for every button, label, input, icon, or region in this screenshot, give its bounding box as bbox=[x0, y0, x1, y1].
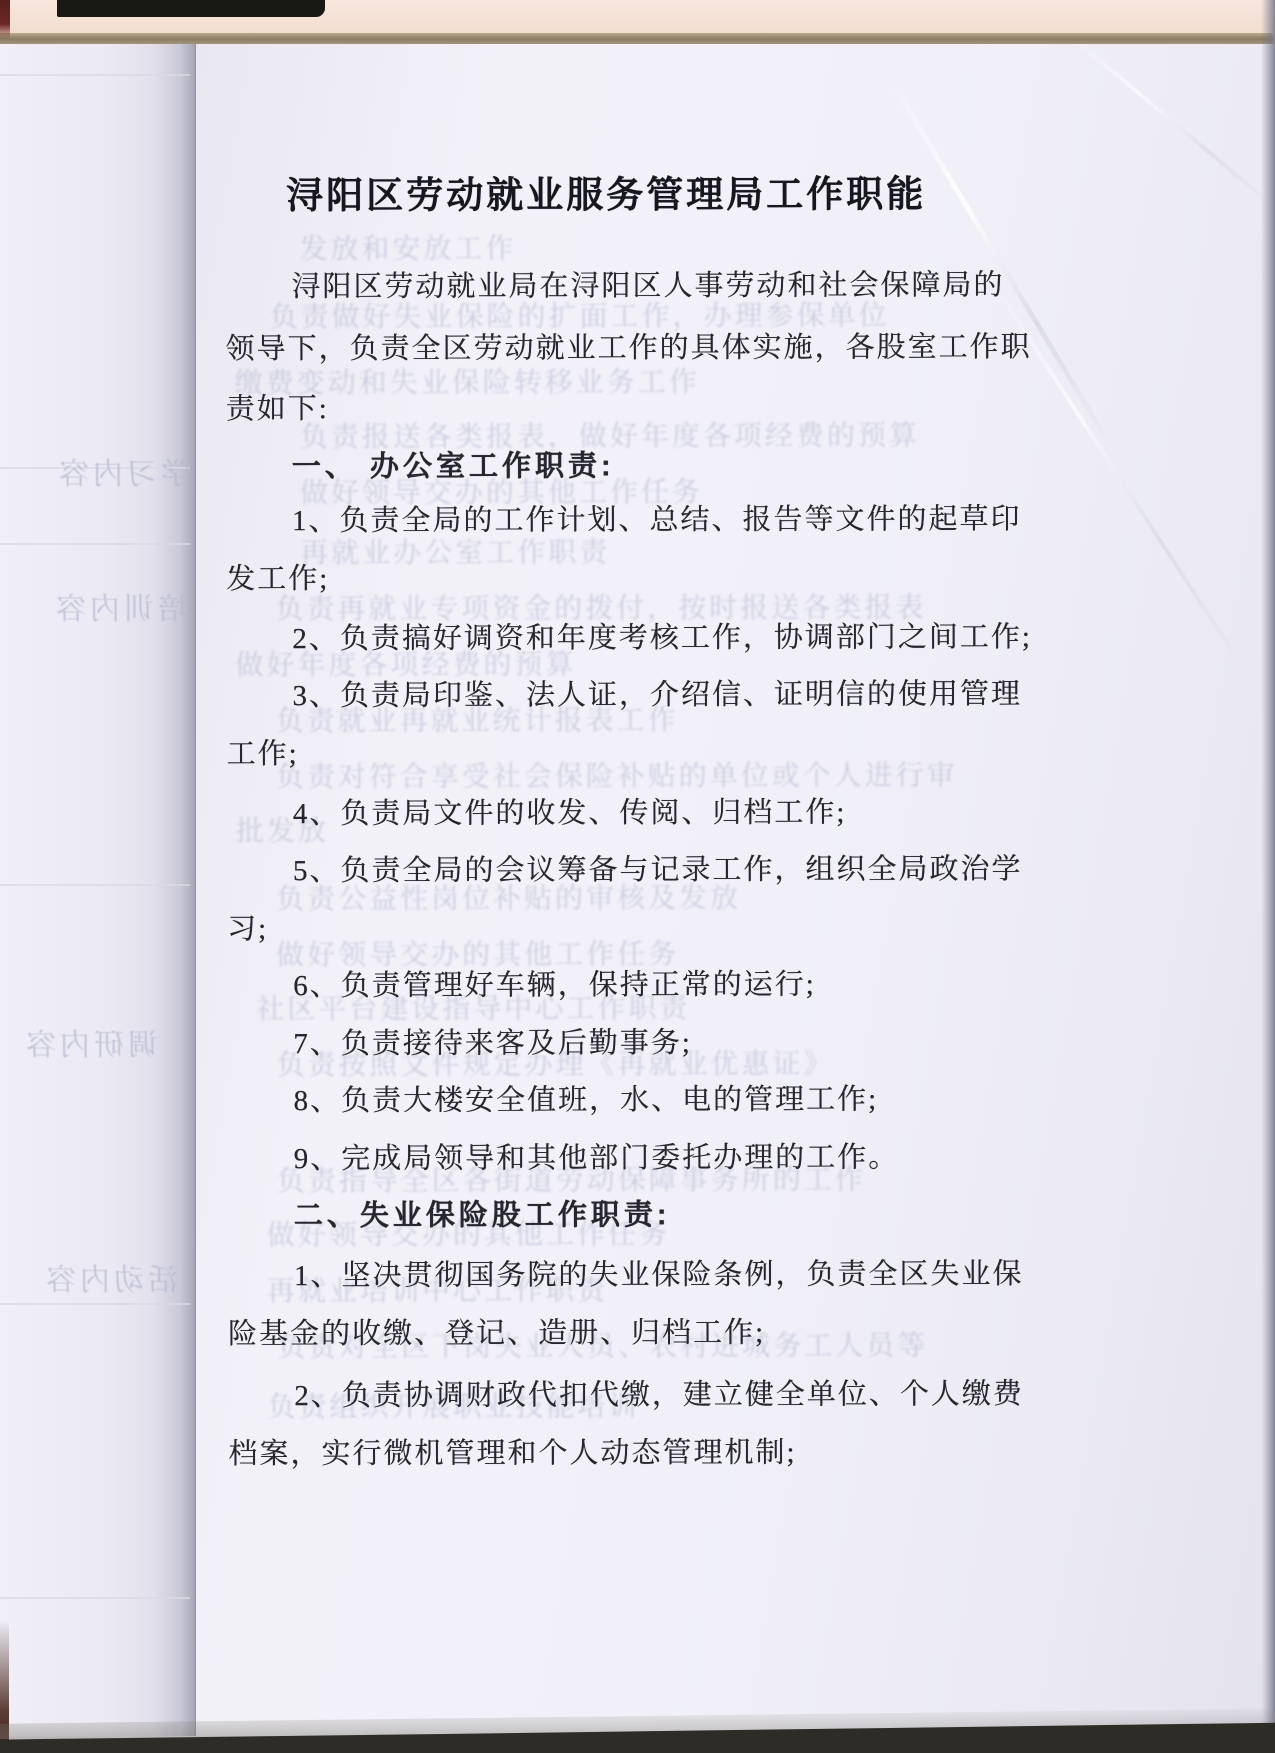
body-line: 发工作; bbox=[226, 556, 329, 597]
underlying-left-page: 学习内容 培训内容 调研内容 活动内容 bbox=[0, 44, 196, 1736]
mirrored-label: 活动内容 bbox=[42, 1255, 178, 1299]
page-right-edge-shadow bbox=[1261, 0, 1275, 1753]
left-page-rule bbox=[0, 74, 190, 76]
mirrored-label: 调研内容 bbox=[22, 1020, 158, 1064]
section-heading: 一、 办公室工作职责: bbox=[292, 443, 615, 485]
body-line: 2、负责搞好调资和年度考核工作，协调部门之间工作; bbox=[292, 614, 1032, 657]
body-line: 3、负责局印鉴、法人证，介绍信、证明信的使用管理 bbox=[292, 671, 1022, 714]
body-line: 9、完成局领导和其他部门委托办理的工作。 bbox=[294, 1135, 900, 1178]
document-page: 发放和安放工作 负责做好失业保险的扩面工作，办理参保单位 缴费变动和失业保险转移… bbox=[196, 44, 1262, 1736]
left-page-rule bbox=[0, 1303, 190, 1305]
body-line: 工作; bbox=[227, 731, 299, 772]
body-line: 责如下: bbox=[226, 386, 329, 427]
mirrored-label: 学习内容 bbox=[55, 449, 191, 493]
body-line: 1、坚决贯彻国务院的失业保险条例，负责全区失业保 bbox=[294, 1251, 1024, 1294]
body-line: 习; bbox=[227, 906, 268, 947]
bleedthrough-line: 负责对符合享受社会保险补贴的单位或个人进行审 bbox=[276, 753, 958, 795]
body-line: 8、负责大楼安全值班，水、电的管理工作; bbox=[293, 1077, 878, 1120]
left-page-rule bbox=[0, 1597, 190, 1599]
body-line: 浔阳区劳动就业局在浔阳区人事劳动和社会保障局的 bbox=[291, 262, 1004, 305]
body-line: 7、负责接待来客及后勤事务; bbox=[293, 1020, 692, 1062]
body-line: 5、负责全局的会议筹备与记录工作，组织全局政治学 bbox=[293, 846, 1023, 889]
binder-edge-line bbox=[0, 33, 1275, 44]
bleedthrough-line: 发放和安放工作 bbox=[299, 227, 516, 268]
body-line: 1、负责全局的工作计划、总结、报告等文件的起草印 bbox=[292, 496, 1022, 539]
edge-mark-top bbox=[0, 0, 10, 40]
page-title: 浔阳区劳动就业服务管理局工作职能 bbox=[286, 163, 926, 219]
page-text-layer: 发放和安放工作 负责做好失业保险的扩面工作，办理参保单位 缴费变动和失业保险转移… bbox=[196, 44, 1262, 1736]
body-line: 2、负责协调财政代扣代缴，建立健全单位、个人缴费 bbox=[294, 1371, 1024, 1414]
body-line: 险基金的收缴、登记、造册、归档工作; bbox=[228, 1310, 765, 1352]
body-line: 4、负责局文件的收发、传阅、归档工作; bbox=[293, 790, 847, 832]
binder-dark-bar bbox=[57, 0, 325, 17]
mirrored-label: 培训内容 bbox=[52, 584, 188, 628]
left-page-rule bbox=[0, 884, 190, 886]
scanned-document: 学习内容 培训内容 调研内容 活动内容 发放和安放工作 负责做好失业保险的扩面工… bbox=[0, 0, 1275, 1753]
section-heading: 二、失业保险股工作职责: bbox=[294, 1192, 671, 1234]
body-line: 档案，实行微机管理和个人动态管理机制; bbox=[228, 1430, 796, 1472]
body-line: 6、负责管理好车辆，保持正常的运行; bbox=[293, 962, 816, 1004]
left-page-rule bbox=[0, 543, 190, 545]
body-line: 领导下，负责全区劳动就业工作的具体实施，各股室工作职 bbox=[226, 324, 1032, 367]
